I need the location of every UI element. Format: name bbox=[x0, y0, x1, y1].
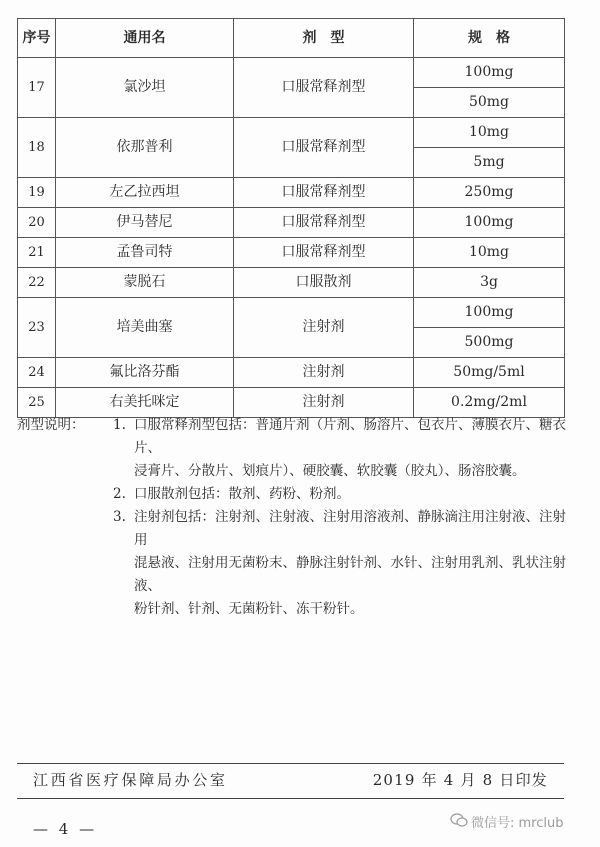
row-name: 左乙拉西坦 bbox=[56, 178, 234, 208]
issuing-office: 江西省医疗保障局办公室 bbox=[33, 769, 228, 790]
row-spec: 50mg/5ml bbox=[414, 358, 565, 388]
row-form: 口服常释剂型 bbox=[234, 238, 414, 268]
table-row: 23 培美曲塞 注射剂 100mg bbox=[18, 298, 565, 328]
row-name: 依那普利 bbox=[56, 118, 234, 178]
issue-date: 2019 年 4 月 8 日印发 bbox=[373, 769, 548, 790]
dosage-form-notes: 剂型说明： 1. 口服常释剂型包括：普通片剂（片剂、肠溶片、包衣片、薄膜衣片、糖… bbox=[17, 414, 577, 621]
table-row: 20 伊马替尼 口服常释剂型 100mg bbox=[18, 208, 565, 238]
row-form: 注射剂 bbox=[234, 358, 414, 388]
row-form: 注射剂 bbox=[234, 298, 414, 358]
note-item: 3. 注射剂包括：注射剂、注射液、注射用溶液剂、静脉滴注用注射液、注射用 混悬液… bbox=[17, 506, 577, 621]
row-name: 伊马替尼 bbox=[56, 208, 234, 238]
row-no: 21 bbox=[18, 238, 56, 268]
table-row: 24 氟比洛芬酯 注射剂 50mg/5ml bbox=[18, 358, 565, 388]
row-form: 注射剂 bbox=[234, 388, 414, 418]
row-spec: 100mg bbox=[414, 208, 565, 238]
wechat-icon bbox=[450, 813, 468, 831]
footer-top-rule bbox=[17, 763, 564, 764]
row-spec: 100mg bbox=[414, 58, 565, 88]
note-text: 注射剂包括：注射剂、注射液、注射用溶液剂、静脉滴注用注射液、注射用 混悬液、注射… bbox=[134, 506, 577, 621]
note-item: 剂型说明： 1. 口服常释剂型包括：普通片剂（片剂、肠溶片、包衣片、薄膜衣片、糖… bbox=[17, 414, 577, 483]
row-spec: 10mg bbox=[414, 238, 565, 268]
note-text: 口服散剂包括：散剂、药粉、粉剂。 bbox=[134, 483, 577, 506]
note-index: 1. bbox=[113, 414, 134, 483]
note-line: 浸膏片、分散片、划痕片）、硬胶囊、软胶囊（胶丸）、肠溶胶囊。 bbox=[134, 460, 577, 483]
row-no: 25 bbox=[18, 388, 56, 418]
table-row: 18 依那普利 口服常释剂型 10mg bbox=[18, 118, 565, 148]
row-spec: 50mg bbox=[414, 88, 565, 118]
header-no: 序号 bbox=[18, 19, 56, 58]
row-name: 蒙脱石 bbox=[56, 268, 234, 298]
row-no: 22 bbox=[18, 268, 56, 298]
row-spec: 3g bbox=[414, 268, 565, 298]
drug-table: 序号 通用名 剂 型 规 格 17 氯沙坦 口服常释剂型 100mg 50mg … bbox=[17, 18, 565, 418]
row-spec: 500mg bbox=[414, 328, 565, 358]
table-row: 19 左乙拉西坦 口服常释剂型 250mg bbox=[18, 178, 565, 208]
header-name: 通用名 bbox=[56, 19, 234, 58]
row-name: 右美托咪定 bbox=[56, 388, 234, 418]
row-no: 24 bbox=[18, 358, 56, 388]
row-name: 培美曲塞 bbox=[56, 298, 234, 358]
header-spec: 规 格 bbox=[414, 19, 565, 58]
row-spec: 250mg bbox=[414, 178, 565, 208]
row-spec: 5mg bbox=[414, 148, 565, 178]
footer-bottom-rule bbox=[17, 798, 564, 799]
notes-lead: 剂型说明： bbox=[17, 414, 113, 483]
note-index: 2. bbox=[113, 483, 134, 506]
note-line: 混悬液、注射用无菌粉末、静脉注射针剂、水针、注射用乳剂、乳状注射液、 bbox=[134, 552, 577, 598]
row-name: 氟比洛芬酯 bbox=[56, 358, 234, 388]
row-spec: 0.2mg/2ml bbox=[414, 388, 565, 418]
row-spec: 100mg bbox=[414, 298, 565, 328]
row-form: 口服常释剂型 bbox=[234, 118, 414, 178]
row-form: 口服常释剂型 bbox=[234, 178, 414, 208]
issuance-footer: 江西省医疗保障局办公室 2019 年 4 月 8 日印发 bbox=[33, 769, 548, 790]
row-no: 23 bbox=[18, 298, 56, 358]
note-line: 口服散剂包括：散剂、药粉、粉剂。 bbox=[134, 483, 577, 506]
row-form: 口服散剂 bbox=[234, 268, 414, 298]
note-line: 粉针剂、针剂、无菌粉针、冻干粉针。 bbox=[134, 598, 577, 621]
note-item: 2. 口服散剂包括：散剂、药粉、粉剂。 bbox=[17, 483, 577, 506]
row-name: 孟鲁司特 bbox=[56, 238, 234, 268]
note-line: 注射剂包括：注射剂、注射液、注射用溶液剂、静脉滴注用注射液、注射用 bbox=[134, 506, 577, 552]
table-row: 25 右美托咪定 注射剂 0.2mg/2ml bbox=[18, 388, 565, 418]
wechat-watermark: 微信号: mrclub bbox=[450, 812, 564, 831]
note-index: 3. bbox=[113, 506, 134, 621]
table-row: 22 蒙脱石 口服散剂 3g bbox=[18, 268, 565, 298]
note-text: 口服常释剂型包括：普通片剂（片剂、肠溶片、包衣片、薄膜衣片、糖衣片、 浸膏片、分… bbox=[134, 414, 577, 483]
table-row: 21 孟鲁司特 口服常释剂型 10mg bbox=[18, 238, 565, 268]
row-no: 17 bbox=[18, 58, 56, 118]
row-no: 20 bbox=[18, 208, 56, 238]
table-row: 17 氯沙坦 口服常释剂型 100mg bbox=[18, 58, 565, 88]
row-form: 口服常释剂型 bbox=[234, 208, 414, 238]
page-number: — 4 — bbox=[33, 820, 97, 838]
note-line: 口服常释剂型包括：普通片剂（片剂、肠溶片、包衣片、薄膜衣片、糖衣片、 bbox=[134, 414, 577, 460]
table-header-row: 序号 通用名 剂 型 规 格 bbox=[18, 19, 565, 58]
row-spec: 10mg bbox=[414, 118, 565, 148]
row-form: 口服常释剂型 bbox=[234, 58, 414, 118]
watermark-text: 微信号: mrclub bbox=[471, 812, 564, 831]
header-form: 剂 型 bbox=[234, 19, 414, 58]
row-name: 氯沙坦 bbox=[56, 58, 234, 118]
row-no: 18 bbox=[18, 118, 56, 178]
row-no: 19 bbox=[18, 178, 56, 208]
